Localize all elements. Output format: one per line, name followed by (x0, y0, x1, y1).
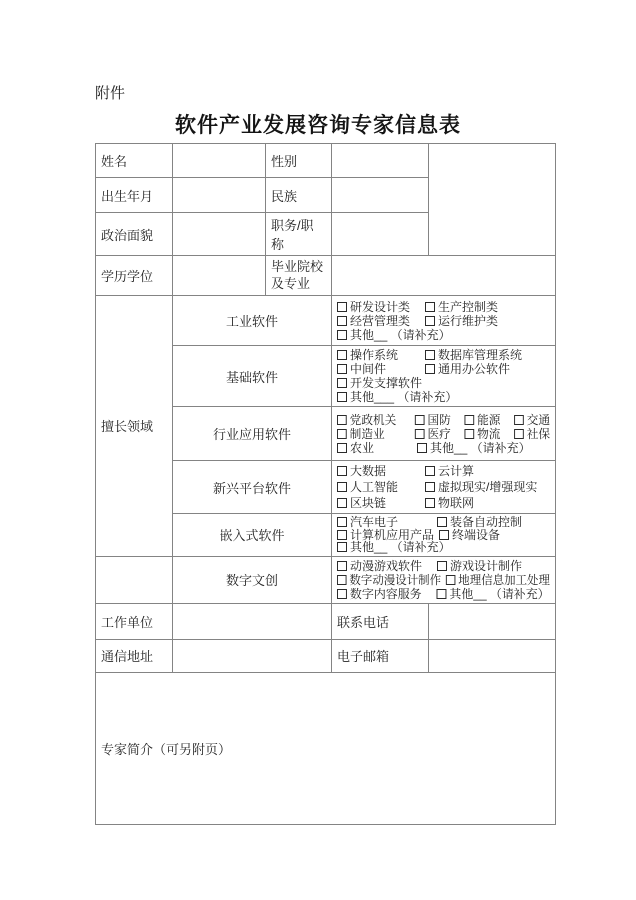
checkbox-option-label: 数字内容服务 (350, 587, 422, 601)
checkbox-option-label: 能源 (477, 413, 500, 427)
checkbox-option-label: 云计算 (438, 464, 474, 478)
checkbox-line: 制造业医疗物流社保 (337, 427, 544, 441)
checkbox-option[interactable]: 运行维护类 (425, 314, 498, 328)
checkbox-option[interactable]: 医疗 (415, 427, 460, 441)
checkbox-option[interactable]: 动漫游戏软件 (337, 560, 432, 573)
expertise-spacer-cell (96, 556, 173, 603)
checkbox-line: 其他__ （请补充） (337, 328, 550, 342)
checkbox-option[interactable]: 开发支撑软件 (337, 376, 422, 390)
checkbox-option-label: 通用办公软件 (438, 362, 510, 376)
expertise-label: 擅长领域 (96, 296, 173, 557)
category-basic-software: 基础软件 (173, 346, 332, 407)
checkbox-icon[interactable] (514, 429, 524, 439)
checkbox-icon[interactable] (425, 498, 435, 508)
options-embedded-software: 汽车电子装备自动控制计算机应用产品终端设备其他__ （请补充） (332, 514, 556, 557)
contact-phone-input[interactable] (429, 603, 556, 639)
category-digital-culture: 数字文创 (173, 556, 332, 603)
checkbox-line: 其他___ （请补充） (337, 390, 550, 404)
checkbox-icon[interactable] (337, 429, 347, 439)
expert-info-table: 姓名 性别 出生年月 民族 政治面貌 职务/职称 学历学位 (95, 143, 556, 825)
checkbox-option[interactable]: 物流 (464, 427, 509, 441)
checkbox-option-label: 数字动漫设计制作 (349, 573, 441, 587)
checkbox-icon[interactable] (514, 415, 524, 425)
photo-cell[interactable] (429, 144, 556, 256)
checkbox-option[interactable]: 其他__ （请补充） (437, 588, 550, 601)
checkbox-icon[interactable] (337, 316, 347, 326)
checkbox-option[interactable]: 地理信息加工处理 (446, 574, 550, 587)
checkbox-option-label: 医疗 (427, 427, 450, 441)
checkbox-option-label: 数据库管理系统 (438, 348, 522, 362)
field-label-work-unit: 工作单位 (96, 603, 173, 639)
category-embedded-software: 嵌入式软件 (173, 514, 332, 557)
checkbox-icon[interactable] (425, 302, 435, 312)
checkbox-icon[interactable] (337, 517, 347, 527)
checkbox-icon[interactable] (337, 498, 347, 508)
mailing-address-input[interactable] (173, 639, 332, 672)
checkbox-option-label: 大数据 (350, 464, 386, 478)
table-row: 学历学位 毕业院校及专业 (96, 256, 556, 296)
checkbox-option[interactable]: 经营管理类 (337, 314, 420, 328)
gender-input[interactable] (332, 144, 429, 178)
checkbox-option-label: 交通 (527, 413, 550, 427)
checkbox-option[interactable]: 云计算 (425, 464, 474, 479)
checkbox-option-label: 农业 (350, 441, 374, 455)
page-title: 软件产业发展咨询专家信息表 (0, 109, 636, 139)
field-label-education-degree: 学历学位 (96, 256, 173, 296)
checkbox-option[interactable]: 制造业 (337, 427, 410, 441)
field-label-profile: 专家简介（可另附页） (101, 742, 231, 757)
table-row: 通信地址 电子邮箱 (96, 639, 556, 672)
checkbox-line: 区块链物联网 (337, 495, 550, 511)
school-major-input[interactable] (332, 256, 556, 296)
checkbox-icon[interactable] (337, 330, 347, 340)
checkbox-icon[interactable] (337, 302, 347, 312)
checkbox-option-label: 其他__ （请补充） (430, 441, 531, 455)
checkbox-icon[interactable] (337, 364, 347, 374)
checkbox-icon[interactable] (439, 530, 449, 540)
ethnicity-input[interactable] (332, 178, 429, 213)
field-label-position-title: 职务/职称 (266, 213, 332, 256)
checkbox-option-label: 其他__ （请补充） (350, 328, 451, 342)
checkbox-option-label: 研发设计类 (350, 300, 410, 314)
checkbox-option-label: 其他___ （请补充） (350, 390, 457, 404)
options-basic-software: 操作系统数据库管理系统中间件通用办公软件开发支撑软件其他___ （请补充） (332, 346, 556, 407)
checkbox-option[interactable]: 其他__ （请补充） (337, 542, 451, 554)
checkbox-icon[interactable] (437, 517, 447, 527)
checkbox-option-label: 制造业 (350, 427, 385, 441)
checkbox-option[interactable]: 交通 (514, 413, 550, 427)
category-industry-application-software: 行业应用软件 (173, 407, 332, 461)
checkbox-option-label: 区块链 (350, 496, 386, 510)
checkbox-line: 研发设计类生产控制类 (337, 300, 550, 314)
checkbox-line: 大数据云计算 (337, 463, 550, 479)
checkbox-icon[interactable] (337, 350, 347, 360)
checkbox-option[interactable]: 区块链 (337, 496, 420, 511)
form-page: 附件 软件产业发展咨询专家信息表 姓名 性别 出生年月 民族 政治面貌 (0, 0, 636, 900)
field-label-political-status: 政治面貌 (96, 213, 173, 256)
checkbox-icon[interactable] (337, 392, 347, 402)
checkbox-option[interactable]: 其他___ （请补充） (337, 390, 457, 404)
checkbox-line: 操作系统数据库管理系统 (337, 348, 550, 362)
checkbox-option-label: 国防 (427, 413, 450, 427)
checkbox-icon[interactable] (437, 589, 447, 599)
checkbox-option-label: 操作系统 (350, 348, 398, 362)
checkbox-line: 经营管理类运行维护类 (337, 314, 550, 328)
checkbox-option[interactable]: 社保 (514, 427, 550, 441)
checkbox-option-label: 中间件 (350, 362, 386, 376)
checkbox-icon[interactable] (415, 415, 425, 425)
checkbox-option-label: 其他__ （请补充） (350, 540, 451, 554)
checkbox-line: 人工智能虚拟现实/增强现实 (337, 479, 550, 495)
checkbox-option-label: 社保 (527, 427, 550, 441)
checkbox-icon[interactable] (437, 561, 447, 571)
checkbox-icon[interactable] (337, 378, 347, 388)
checkbox-option-label: 其他__ （请补充） (449, 587, 549, 601)
checkbox-option[interactable]: 虚拟现实/增强现实 (425, 480, 537, 495)
field-label-ethnicity: 民族 (266, 178, 332, 213)
work-unit-input[interactable] (173, 603, 332, 639)
checkbox-icon[interactable] (337, 575, 347, 585)
checkbox-line: 动漫游戏软件游戏设计制作 (337, 559, 550, 573)
field-label-school-major: 毕业院校及专业 (266, 256, 332, 296)
field-label-name: 姓名 (96, 144, 173, 178)
checkbox-line: 党政机关国防能源交通 (337, 413, 544, 427)
education-degree-input[interactable] (173, 256, 266, 296)
checkbox-icon[interactable] (425, 316, 435, 326)
checkbox-option[interactable]: 数字动漫设计制作 (337, 574, 441, 587)
table-row: 数字文创 动漫游戏软件游戏设计制作数字动漫设计制作地理信息加工处理数字内容服务其… (96, 556, 556, 603)
checkbox-option[interactable]: 能源 (464, 413, 509, 427)
checkbox-icon[interactable] (337, 443, 347, 453)
political-status-input[interactable] (173, 213, 266, 256)
table-row: 专家简介（可另附页） (96, 672, 556, 824)
options-industrial-software: 研发设计类生产控制类经营管理类运行维护类其他__ （请补充） (332, 296, 556, 346)
field-label-birth-date: 出生年月 (96, 178, 173, 213)
checkbox-option[interactable]: 大数据 (337, 464, 420, 479)
checkbox-line: 数字内容服务其他__ （请补充） (337, 587, 549, 601)
checkbox-option-label: 游戏设计制作 (450, 559, 522, 573)
checkbox-option-label: 动漫游戏软件 (350, 559, 422, 573)
checkbox-icon[interactable] (425, 466, 435, 476)
checkbox-option-label: 生产控制类 (438, 300, 498, 314)
field-label-email: 电子邮箱 (332, 639, 429, 672)
name-input[interactable] (173, 144, 266, 178)
checkbox-icon[interactable] (425, 482, 435, 492)
checkbox-option[interactable]: 游戏设计制作 (437, 560, 522, 573)
checkbox-icon[interactable] (337, 466, 347, 476)
category-industrial-software: 工业软件 (173, 296, 332, 346)
table-row: 姓名 性别 (96, 144, 556, 178)
checkbox-icon[interactable] (337, 589, 347, 599)
checkbox-line: 其他__ （请补充） (337, 541, 550, 554)
checkbox-option-label: 虚拟现实/增强现实 (438, 480, 537, 494)
checkbox-icon[interactable] (464, 415, 474, 425)
checkbox-option-label: 人工智能 (350, 480, 398, 494)
checkbox-option-label: 物联网 (438, 496, 474, 510)
checkbox-option[interactable]: 其他__ （请补充） (417, 441, 531, 455)
checkbox-icon[interactable] (337, 530, 347, 540)
options-emerging-platform-software: 大数据云计算人工智能虚拟现实/增强现实区块链物联网 (332, 461, 556, 514)
checkbox-option[interactable]: 通用办公软件 (425, 362, 510, 376)
checkbox-option-label: 物流 (477, 427, 500, 441)
checkbox-option[interactable]: 中间件 (337, 362, 420, 376)
field-label-contact-phone: 联系电话 (332, 603, 429, 639)
checkbox-icon[interactable] (446, 575, 456, 585)
table-row: 擅长领域 工业软件 研发设计类生产控制类经营管理类运行维护类其他__ （请补充） (96, 296, 556, 346)
position-title-input[interactable] (332, 213, 429, 256)
checkbox-option-label: 党政机关 (350, 413, 397, 427)
checkbox-option-label: 经营管理类 (350, 314, 410, 328)
checkbox-option-label: 开发支撑软件 (350, 376, 422, 390)
checkbox-option[interactable]: 数字内容服务 (337, 588, 432, 601)
checkbox-option[interactable]: 国防 (415, 413, 460, 427)
email-input[interactable] (429, 639, 556, 672)
birth-date-input[interactable] (173, 178, 266, 213)
table-row: 工作单位 联系电话 (96, 603, 556, 639)
field-label-gender: 性别 (266, 144, 332, 178)
checkbox-option[interactable]: 农业 (337, 441, 412, 455)
options-industry-application-software: 党政机关国防能源交通制造业医疗物流社保农业其他__ （请补充） (332, 407, 556, 461)
category-emerging-platform-software: 新兴平台软件 (173, 461, 332, 514)
checkbox-option-label: 地理信息加工处理 (458, 573, 550, 587)
checkbox-icon[interactable] (337, 415, 347, 425)
attachment-label: 附件 (95, 82, 125, 103)
checkbox-option-label: 终端设备 (452, 528, 500, 542)
checkbox-option[interactable]: 生产控制类 (425, 300, 498, 314)
checkbox-option[interactable]: 数据库管理系统 (425, 348, 522, 362)
checkbox-line: 数字动漫设计制作地理信息加工处理 (337, 573, 540, 587)
checkbox-icon[interactable] (337, 482, 347, 492)
checkbox-option[interactable]: 物联网 (425, 496, 474, 511)
checkbox-option[interactable]: 人工智能 (337, 480, 420, 495)
checkbox-line: 中间件通用办公软件 (337, 362, 550, 376)
checkbox-option-label: 运行维护类 (438, 314, 498, 328)
profile-cell[interactable]: 专家简介（可另附页） (96, 672, 556, 824)
checkbox-icon[interactable] (415, 429, 425, 439)
checkbox-option[interactable]: 党政机关 (337, 413, 410, 427)
checkbox-icon[interactable] (337, 542, 347, 552)
checkbox-line: 农业其他__ （请补充） (337, 441, 550, 455)
checkbox-icon[interactable] (417, 443, 427, 453)
checkbox-line: 开发支撑软件 (337, 376, 550, 390)
checkbox-option[interactable]: 研发设计类 (337, 300, 420, 314)
checkbox-option[interactable]: 操作系统 (337, 348, 420, 362)
checkbox-icon[interactable] (425, 350, 435, 360)
options-digital-culture: 动漫游戏软件游戏设计制作数字动漫设计制作地理信息加工处理数字内容服务其他__ （… (332, 556, 556, 603)
checkbox-option[interactable]: 其他__ （请补充） (337, 328, 451, 342)
checkbox-icon[interactable] (337, 561, 347, 571)
checkbox-icon[interactable] (464, 429, 474, 439)
field-label-mailing-address: 通信地址 (96, 639, 173, 672)
checkbox-icon[interactable] (425, 364, 435, 374)
